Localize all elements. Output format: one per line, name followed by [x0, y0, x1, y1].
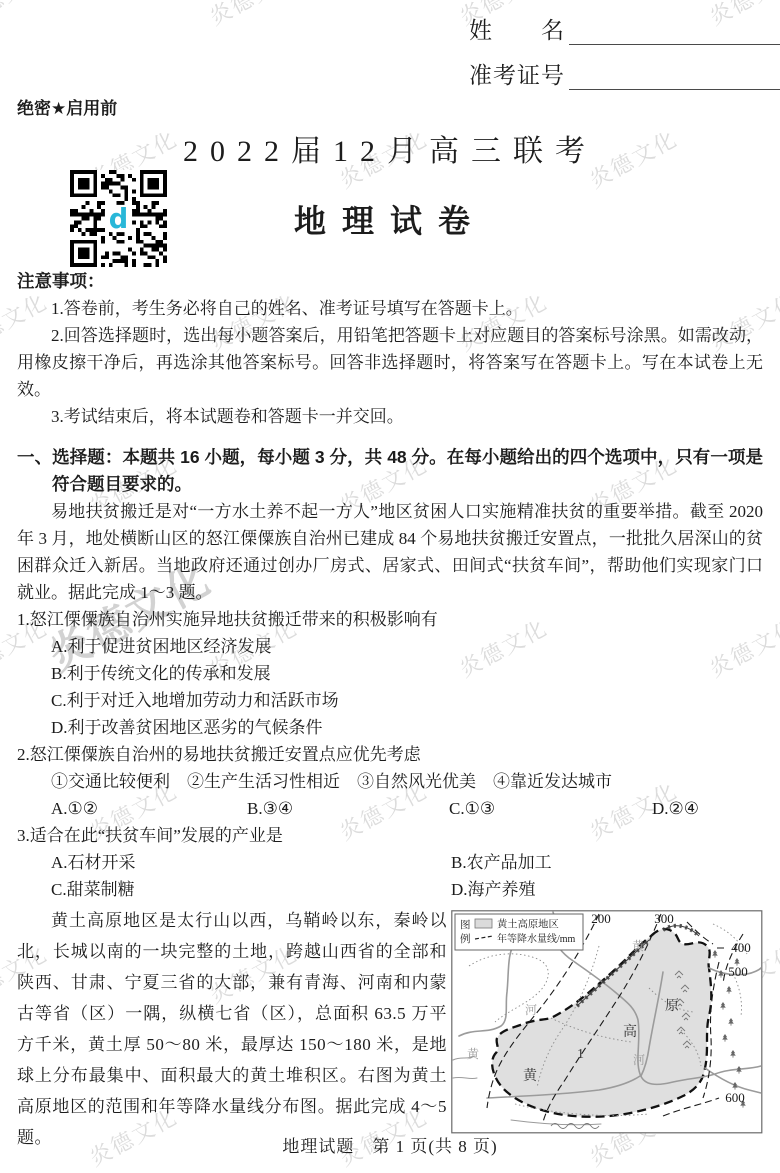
- isohyet-label-600: 600: [725, 1090, 745, 1105]
- question-2-option-c: C.①③: [449, 795, 652, 822]
- map-legend: 图 例 黄土高原地区 年等降水量线/mm: [455, 914, 583, 950]
- river-label-he-west: 河: [525, 1003, 537, 1017]
- legend-area-swatch: [475, 919, 492, 928]
- question-3-option-d: D.海产养殖: [451, 876, 763, 903]
- question-2-sub-options: ①交通比较便利 ②生产生活习性相近 ③自然风光优美 ④靠近发达城市: [17, 768, 763, 795]
- question-3-options: A.石材开采 B.农产品加工 C.甜菜制糖 D.海产养殖: [17, 849, 763, 903]
- name-label: 姓 名: [469, 12, 565, 45]
- qr-finder-top-right: [140, 170, 167, 197]
- exam-id-field-row: 准考证号: [469, 57, 780, 90]
- isohyet-label-200: 200: [591, 911, 611, 926]
- isohyet-label-400: 400: [731, 940, 751, 955]
- question-1-option-c: C.利于对迁入地增加劳动力和活跃市场: [17, 687, 763, 714]
- header: 姓 名 准考证号 绝密★启用前 2022届12月高三联考 地理试卷: [17, 0, 763, 268]
- secrecy-label: 绝密★启用前: [17, 94, 117, 119]
- region-marker-1: 1: [577, 1047, 584, 1062]
- question-1-option-a: A.利于促进贫困地区经济发展: [17, 633, 763, 660]
- question-2-option-b: B.③④: [247, 795, 449, 822]
- question-2-stem: 2.怒江傈僳族自治州的易地扶贫搬迁安置点应优先考虑: [17, 741, 763, 768]
- region-label-yuan: 原: [665, 998, 679, 1014]
- exam-id-underline: [569, 59, 780, 90]
- qr-finder-top-left: [70, 170, 97, 197]
- question-2-answer-row: A.①② B.③④ C.①③ D.②④: [17, 795, 763, 822]
- question-1-stem: 1.怒江傈僳族自治州实施异地扶贫搬迁带来的积极影响有: [17, 606, 763, 633]
- qr-finder-bottom-left: [70, 240, 97, 267]
- page-content: 姓 名 准考证号 绝密★启用前 2022届12月高三联考 地理试卷: [0, 0, 780, 1153]
- footer-page-number: 地理试题 第 1 页(共 8 页): [0, 1132, 780, 1157]
- name-field-row: 姓 名: [469, 12, 780, 45]
- isohyet-label-300: 300: [654, 911, 674, 926]
- question-2-option-a: A.①②: [51, 795, 247, 822]
- qr-logo-letter: d: [109, 204, 128, 235]
- question-2-option-d: D.②④: [652, 795, 699, 822]
- river-label-huang-north: 黄: [632, 939, 645, 953]
- notice-item-2: 2.回答选择题时，选出每小题答案后，用铅笔把答题卡上对应题目的答案标号涂黑。如需…: [17, 322, 763, 403]
- legend-title-line1: 图: [460, 919, 471, 931]
- question-3-stem: 3.适合在此“扶贫车间”发展的产业是: [17, 822, 763, 849]
- passage-1: 易地扶贫搬迁是对“一方水土养不起一方人”地区贫困人口实施精准扶贫的重要举措。截至…: [17, 498, 763, 606]
- name-underline: [569, 14, 780, 45]
- candidate-id-block: 姓 名 准考证号: [469, 12, 780, 102]
- river-label-huang-west: 黄: [467, 1047, 480, 1061]
- region-label-gao: 高: [623, 1023, 637, 1040]
- map-figure-wrap: 200 300 400 500 600 黄 河 黄 河 黄 高 原: [451, 910, 763, 1153]
- passage-map-block: 黄土高原地区是太行山以西，乌鞘岭以东，秦岭以北，长城以南的一块完整的土地，跨越山…: [17, 905, 763, 1153]
- question-3-option-b: B.农产品加工: [451, 849, 763, 876]
- question-1-option-b: B.利于传统文化的传承和发展: [17, 660, 763, 687]
- passage-2: 黄土高原地区是太行山以西，乌鞘岭以东，秦岭以北，长城以南的一块完整的土地，跨越山…: [17, 905, 447, 1153]
- region-label-huang: 黄: [523, 1068, 538, 1084]
- notice-heading: 注意事项：: [17, 268, 763, 295]
- legend-title-line2: 例: [460, 932, 471, 945]
- legend-isoline-label: 年等降水量线/mm: [497, 932, 576, 945]
- isohyet-label-500: 500: [728, 964, 748, 979]
- loess-plateau-map: 200 300 400 500 600 黄 河 黄 河 黄 高 原: [451, 910, 763, 1136]
- exam-title: 2022届12月高三联考: [17, 126, 763, 170]
- question-1-option-d: D.利于改善贫困地区恶劣的气候条件: [17, 714, 763, 741]
- exam-page: { "page": { "watermark_text": "炎德文化", "f…: [0, 0, 780, 1173]
- river-label-he-east: 河: [633, 1053, 645, 1067]
- question-3-option-a: A.石材开采: [51, 849, 451, 876]
- notice-item-1: 1.答卷前，考生务必将自己的姓名、准考证号填写在答题卡上。: [17, 295, 763, 322]
- qr-code-icon: d: [70, 170, 167, 267]
- question-3-option-c: C.甜菜制糖: [51, 876, 451, 903]
- section-heading: 一、选择题：本题共 16 小题，每小题 3 分，共 48 分。在每小题给出的四个…: [17, 444, 763, 498]
- notice-item-3: 3.考试结束后，将本试题卷和答题卡一并交回。: [17, 403, 763, 430]
- legend-area-label: 黄土高原地区: [497, 918, 559, 931]
- exam-id-label: 准考证号: [469, 57, 565, 90]
- qr-center-logo: d: [105, 204, 132, 235]
